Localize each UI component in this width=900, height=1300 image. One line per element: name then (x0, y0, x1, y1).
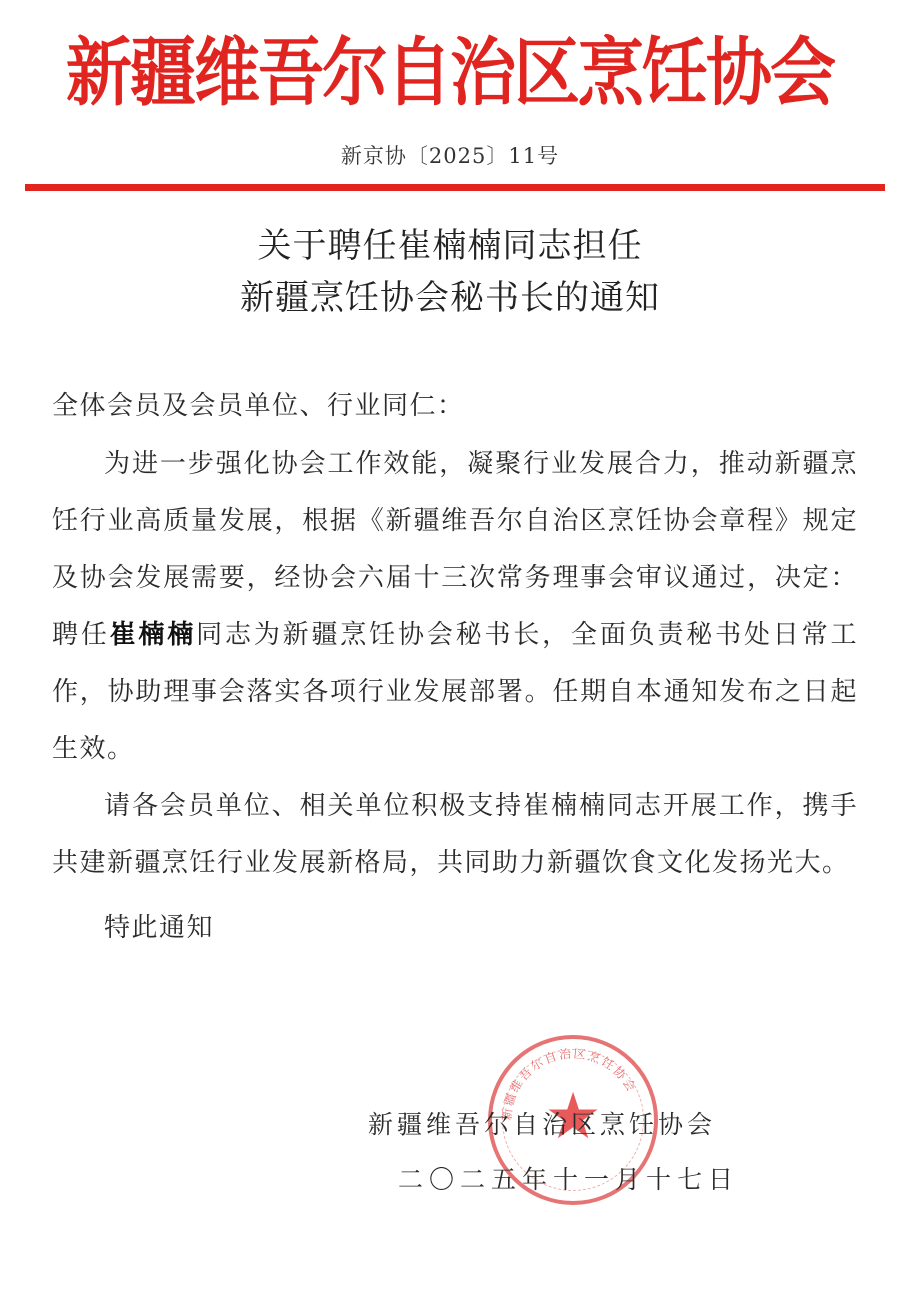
notice-body: 全体会员及会员单位、行业同仁： 为进一步强化协会工作效能，凝聚行业发展合力，推动… (52, 384, 858, 957)
masthead-organization-name: 新疆维吾尔自治区烹饪协会 (0, 22, 900, 123)
document-number: 新京协〔2025〕11号 (0, 140, 900, 170)
notice-title: 关于聘任崔楠楠同志担任 新疆烹饪协会秘书长的通知 (0, 220, 900, 324)
title-line-1: 关于聘任崔楠楠同志担任 (0, 220, 900, 272)
signature-date: 二〇二五年十一月十七日 (398, 1160, 739, 1200)
paragraph-appointment: 为进一步强化协会工作效能，凝聚行业发展合力，推动新疆烹饪行业高质量发展，根据《新… (52, 436, 858, 778)
red-divider-rule (25, 184, 885, 191)
appointee-name: 崔楠楠 (110, 620, 197, 650)
signature-organization: 新疆维吾尔自治区烹饪协会 (368, 1105, 716, 1145)
title-line-2: 新疆烹饪协会秘书长的通知 (0, 272, 900, 324)
closing-line: 特此通知 (52, 900, 858, 957)
salutation: 全体会员及会员单位、行业同仁： (52, 384, 858, 428)
paragraph-support: 请各会员单位、相关单位积极支持崔楠楠同志开展工作，携手共建新疆烹饪行业发展新格局… (52, 778, 858, 892)
